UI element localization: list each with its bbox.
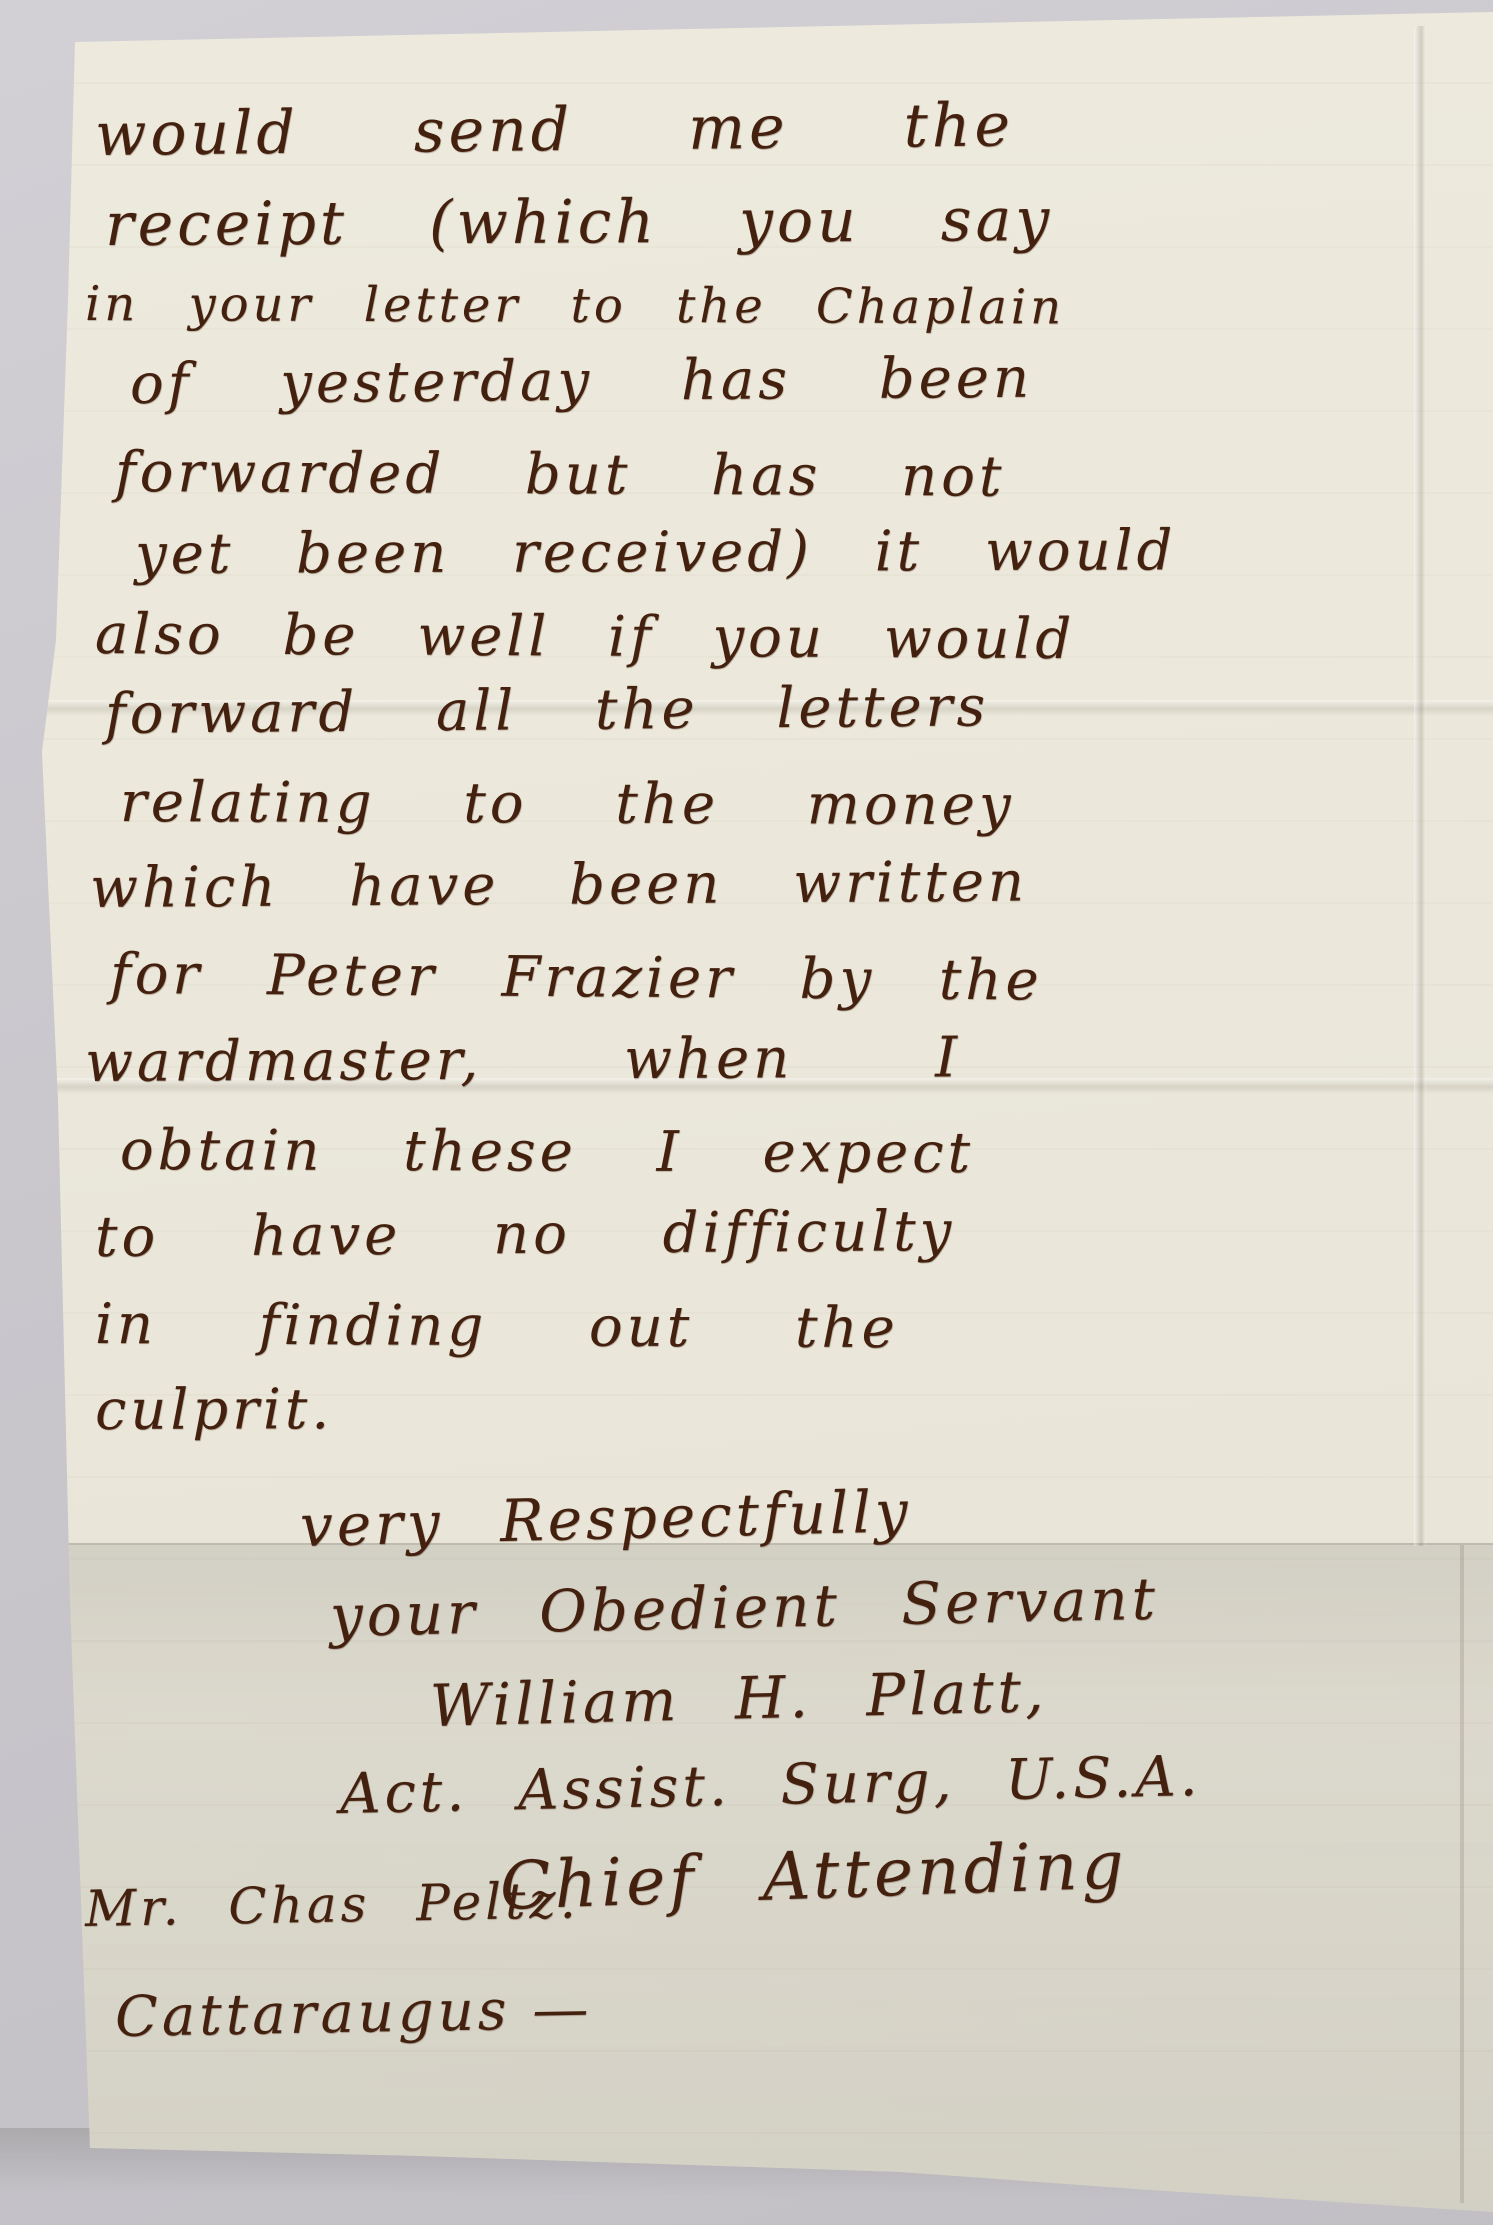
- handwritten-line-3: in your letter to the Chaplain: [85, 276, 1065, 335]
- photo-background: would send me the receipt (which you say…: [0, 0, 1493, 2225]
- handwritten-line-9: relating to the money: [120, 770, 1015, 838]
- handwritten-line-15: in finding out the: [95, 1292, 899, 1361]
- fold-crease-vertical-lower: [1460, 1545, 1464, 2203]
- handwritten-line-8: forward all the letters: [105, 674, 990, 747]
- handwritten-line-16: culprit.: [95, 1377, 333, 1443]
- handwritten-line-2: receipt (which you say: [105, 185, 1054, 260]
- handwritten-line-13: obtain these I expect: [120, 1118, 974, 1186]
- letter-paper: would send me the receipt (which you say…: [0, 0, 1493, 2225]
- handwritten-line-12: wardmaster, when I: [85, 1025, 961, 1095]
- handwritten-line-6: yet been received) it would: [135, 518, 1177, 587]
- handwritten-line-14: to have no difficulty: [95, 1199, 956, 1270]
- handwritten-line-1: would send me the: [95, 90, 1015, 170]
- handwritten-line-7: also be well if you would: [95, 602, 1075, 672]
- fold-crease-vertical: [1414, 26, 1426, 1546]
- location-note: Cattaraugus —: [114, 1977, 592, 2050]
- handwritten-line-10: which have been written: [90, 849, 1028, 921]
- handwritten-line-4: of yesterday has been: [130, 346, 1033, 417]
- handwritten-line-11: for Peter Frazier by the: [110, 942, 1043, 1014]
- handwritten-line-5: forwarded but has not: [115, 440, 1006, 510]
